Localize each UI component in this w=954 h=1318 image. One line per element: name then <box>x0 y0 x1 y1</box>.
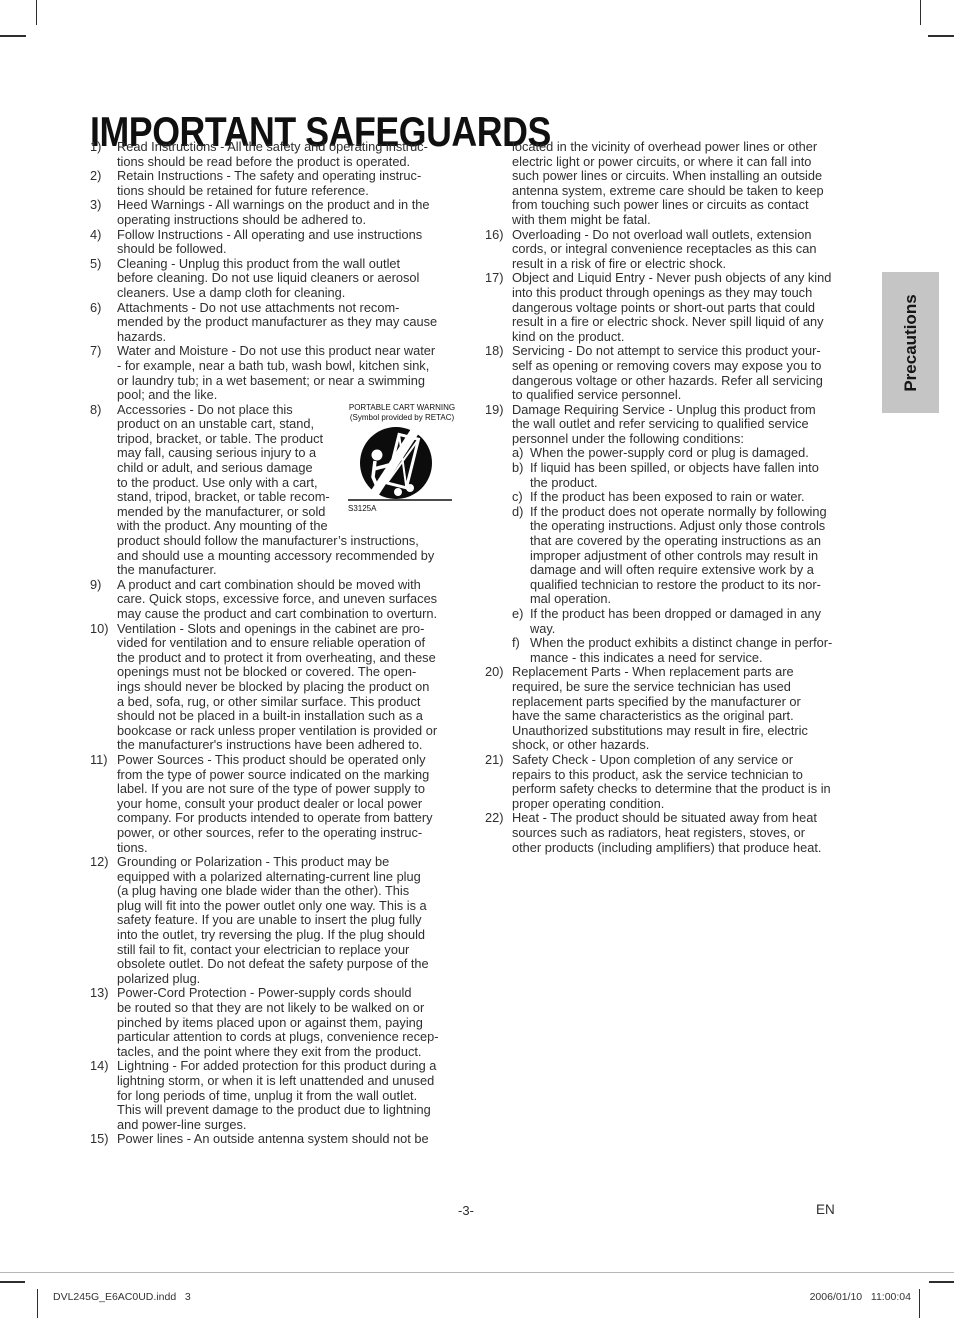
safeguard-subitem: a)When the power-supply cord or plug is … <box>512 446 877 461</box>
crop-mark-top-right-vertical <box>920 0 921 25</box>
item-text: Replacement Parts - When replacement par… <box>512 665 877 753</box>
item-text: Object and Liquid Entry - Never push obj… <box>512 271 877 344</box>
right-column-items: 16)Overloading - Do not overload wall ou… <box>485 228 877 856</box>
safeguard-item: 17)Object and Liquid Entry - Never push … <box>485 271 877 344</box>
safeguard-item: 15)Power lines - An outside antenna syst… <box>90 1132 482 1147</box>
footer-timestamp: 2006/01/10 11:00:04 <box>0 1291 911 1303</box>
safeguard-item: 18)Servicing - Do not attempt to service… <box>485 344 877 402</box>
item-text: Lightning - For added protection for thi… <box>117 1059 482 1132</box>
subitem-letter: b) <box>512 461 523 476</box>
item-number: 20) <box>485 665 504 680</box>
item-text: Safety Check - Upon completion of any se… <box>512 753 877 811</box>
item-number: 7) <box>90 344 101 359</box>
safeguard-item: 10)Ventilation - Slots and openings in t… <box>90 622 482 753</box>
page-number: -3- <box>436 1203 496 1218</box>
left-column: PORTABLE CART WARNING (Symbol provided b… <box>90 140 482 1147</box>
item-text: Damage Requiring Service - Unplug this p… <box>512 403 877 447</box>
item-number: 13) <box>90 986 109 1001</box>
subitem-letter: d) <box>512 505 523 520</box>
item-text: Power lines - An outside antenna system … <box>117 1132 482 1147</box>
subitem-text: When the product exhibits a distinct cha… <box>530 636 877 665</box>
subitem-letter: e) <box>512 607 523 622</box>
crop-mark-bottom-left-horizontal <box>0 1281 25 1283</box>
safeguard-item: 6)Attachments - Do not use attachments n… <box>90 301 482 345</box>
item-text: Retain Instructions - The safety and ope… <box>117 169 482 198</box>
item-number: 21) <box>485 753 504 768</box>
page-trim-line <box>0 1272 954 1273</box>
safeguard-subitem: b)If liquid has been spilled, or objects… <box>512 461 877 490</box>
crop-mark-top-left-horizontal <box>0 35 26 37</box>
language-code: EN <box>816 1202 835 1217</box>
crop-mark-bottom-right-horizontal <box>929 1281 954 1283</box>
item-number: 4) <box>90 228 101 243</box>
item-text: Accessories - Do not place this product … <box>117 403 482 578</box>
item-text: Power Sources - This product should be o… <box>117 753 482 855</box>
item-number: 10) <box>90 622 109 637</box>
safeguard-subitem: d)If the product does not operate normal… <box>512 505 877 607</box>
item-number: 8) <box>90 403 101 418</box>
subitem-text: If liquid has been spilled, or objects h… <box>530 461 877 490</box>
item-number: 2) <box>90 169 101 184</box>
item-text: Grounding or Polarization - This product… <box>117 855 482 986</box>
item-text: Ventilation - Slots and openings in the … <box>117 622 482 753</box>
safeguard-item: 12)Grounding or Polarization - This prod… <box>90 855 482 986</box>
item-number: 16) <box>485 228 504 243</box>
item-text: Servicing - Do not attempt to service th… <box>512 344 877 402</box>
safeguard-subitem: e)If the product has been dropped or dam… <box>512 607 877 636</box>
safeguard-item: 7)Water and Moisture - Do not use this p… <box>90 344 482 402</box>
item-text: Overloading - Do not overload wall outle… <box>512 228 877 272</box>
safeguard-item: 16)Overloading - Do not overload wall ou… <box>485 228 877 272</box>
item-number: 3) <box>90 198 101 213</box>
safeguard-item: 1)Read Instructions - All the safety and… <box>90 140 482 169</box>
item-text: Cleaning - Unplug this product from the … <box>117 257 482 301</box>
item-number: 1) <box>90 140 101 155</box>
item-number: 11) <box>90 753 108 768</box>
subitem-letter: a) <box>512 446 523 461</box>
safeguard-item: 5)Cleaning - Unplug this product from th… <box>90 257 482 301</box>
item-15-continuation: located in the vicinity of overhead powe… <box>485 140 877 228</box>
safeguard-item: 4)Follow Instructions - All operating an… <box>90 228 482 257</box>
precautions-tab-label: Precautions <box>901 294 921 391</box>
item-text: A product and cart combination should be… <box>117 578 482 622</box>
safeguard-item: 2)Retain Instructions - The safety and o… <box>90 169 482 198</box>
subitem-letter: f) <box>512 636 520 651</box>
item-text: Water and Moisture - Do not use this pro… <box>117 344 482 402</box>
subitem-text: If the product has been exposed to rain … <box>530 490 877 505</box>
safeguard-subitem: c)If the product has been exposed to rai… <box>512 490 877 505</box>
safeguard-item: 14)Lightning - For added protection for … <box>90 1059 482 1132</box>
safeguard-item: 21)Safety Check - Upon completion of any… <box>485 753 877 811</box>
subitem-text: When the power-supply cord or plug is da… <box>530 446 877 461</box>
item-number: 15) <box>90 1132 109 1147</box>
item-number: 18) <box>485 344 504 359</box>
item-number: 17) <box>485 271 504 286</box>
item-text: Heed Warnings - All warnings on the prod… <box>117 198 482 227</box>
safeguard-item: 9)A product and cart combination should … <box>90 578 482 622</box>
item-number: 12) <box>90 855 109 870</box>
item-text: Read Instructions - All the safety and o… <box>117 140 482 169</box>
precautions-side-tab: Precautions <box>882 272 939 413</box>
right-column: located in the vicinity of overhead powe… <box>485 140 877 855</box>
item-number: 6) <box>90 301 101 316</box>
item-number: 14) <box>90 1059 109 1074</box>
safeguard-item: 20)Replacement Parts - When replacement … <box>485 665 877 753</box>
item-text: Power-Cord Protection - Power-supply cor… <box>117 986 482 1059</box>
safeguard-item: 11)Power Sources - This product should b… <box>90 753 482 855</box>
item-number: 22) <box>485 811 504 826</box>
item-text: Heat - The product should be situated aw… <box>512 811 877 855</box>
safeguard-item: 22)Heat - The product should be situated… <box>485 811 877 855</box>
subitem-text: If the product has been dropped or damag… <box>530 607 877 636</box>
crop-mark-top-right-horizontal <box>928 35 954 37</box>
subitem-letter: c) <box>512 490 523 505</box>
safeguard-item: 8)Accessories - Do not place this produc… <box>90 403 482 578</box>
item-text: Attachments - Do not use attachments not… <box>117 301 482 345</box>
item-text: Follow Instructions - All operating and … <box>117 228 482 257</box>
safeguard-item: 13)Power-Cord Protection - Power-supply … <box>90 986 482 1059</box>
crop-mark-bottom-right-vertical <box>919 1289 920 1318</box>
safeguard-item: 3)Heed Warnings - All warnings on the pr… <box>90 198 482 227</box>
safeguard-item: 19)Damage Requiring Service - Unplug thi… <box>485 403 877 666</box>
item-number: 19) <box>485 403 504 418</box>
safeguard-subitem: f)When the product exhibits a distinct c… <box>512 636 877 665</box>
subitem-text: If the product does not operate normally… <box>530 505 877 607</box>
item-number: 5) <box>90 257 101 272</box>
item-number: 9) <box>90 578 101 593</box>
crop-mark-top-left-vertical <box>36 0 37 25</box>
